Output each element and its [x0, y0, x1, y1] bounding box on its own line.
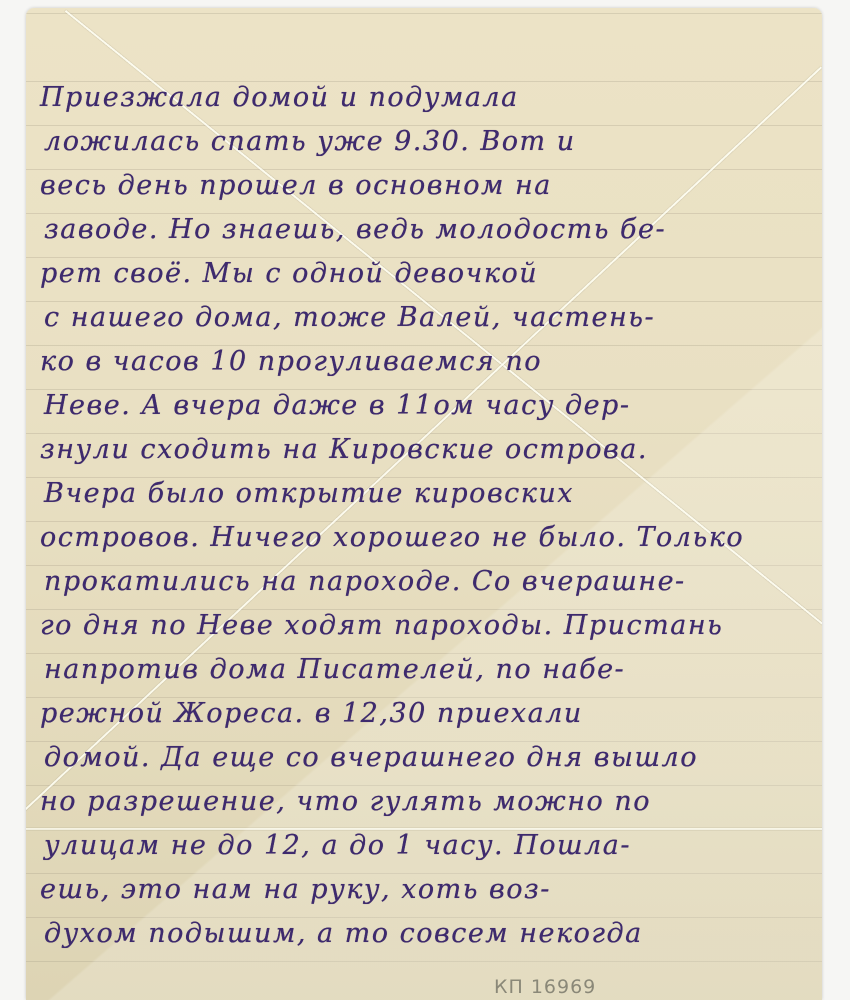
text-line: ешь, это нам на руку, хоть воз-: [26, 868, 822, 912]
text-line: прокатились на пароходе. Со вчерашне-: [26, 560, 822, 604]
text-line: Неве. А вчера даже в 11ом часу дер-: [26, 384, 822, 428]
text-line: весь день прошел в основном на: [26, 164, 822, 208]
letter-sheet: Приезжала домой и подумала ложилась спат…: [26, 8, 822, 1000]
text-line: знули сходить на Кировские острова.: [26, 428, 822, 472]
text-line: Приезжала домой и подумала: [26, 76, 822, 120]
scan-background: Приезжала домой и подумала ложилась спат…: [0, 0, 850, 1000]
text-line: заводе. Но знаешь, ведь молодость бе-: [26, 208, 822, 252]
text-line: го дня по Неве ходят пароходы. Пристань: [26, 604, 822, 648]
text-line: но разрешение, что гулять можно по: [26, 780, 822, 824]
text-line: улицам не до 12, а до 1 часу. Пошла-: [26, 824, 822, 868]
inventory-stamp: КП 16969: [494, 976, 596, 998]
text-line: домой. Да еще со вчерашнего дня вышло: [26, 736, 822, 780]
text-line: напротив дома Писателей, по набе-: [26, 648, 822, 692]
text-line: рет своё. Мы с одной девочкой: [26, 252, 822, 296]
text-line: ко в часов 10 прогуливаемся по: [26, 340, 822, 384]
text-line: Вчера было открытие кировских: [26, 472, 822, 516]
text-line: режной Жореса. в 12,30 приехали: [26, 692, 822, 736]
text-line: с нашего дома, тоже Валей, частень-: [26, 296, 822, 340]
text-line: островов. Ничего хорошего не было. Тольк…: [26, 516, 822, 560]
text-line: духом подышим, а то совсем некогда: [26, 912, 822, 956]
handwritten-text: Приезжала домой и подумала ложилась спат…: [26, 76, 822, 956]
text-line: ложилась спать уже 9.30. Вот и: [26, 120, 822, 164]
